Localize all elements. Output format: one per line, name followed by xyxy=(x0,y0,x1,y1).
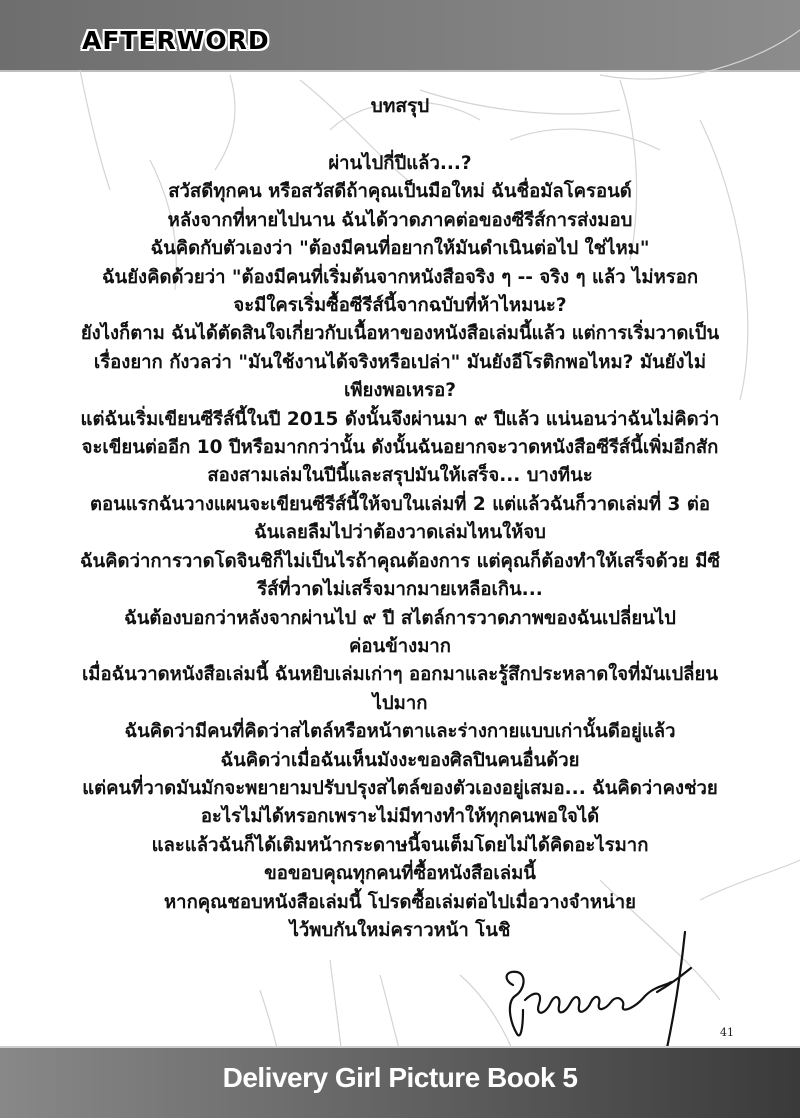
header-bar: AFTERWORD xyxy=(0,0,800,72)
book-title: Delivery Girl Picture Book 5 xyxy=(0,1062,800,1094)
text-line: ฉันเลยลืมไปว่าต้องวาดเล่มไหนให้จบ xyxy=(40,519,760,547)
signature-icon xyxy=(495,930,735,1050)
text-line: หากคุณชอบหนังสือเล่มนี้ โปรดซื้อเล่มต่อไ… xyxy=(40,889,760,917)
text-line: แต่ฉันเริ่มเขียนซีรีส์นี้ในปี 2015 ดังนั… xyxy=(40,406,760,434)
text-line: เพียงพอเหรอ? xyxy=(40,377,760,405)
text-line: ค่อนข้างมาก xyxy=(40,633,760,661)
text-line: รีส์ที่วาดไม่เสร็จมากมายเหลือเกิน... xyxy=(40,576,760,604)
text-line: ฉันคิดว่าเมื่อฉันเห็นมังงะของศิลปินคนอื่… xyxy=(40,747,760,775)
text-line: จะมีใครเริ่มซื้อซีรีส์นี้จากฉบับที่ห้าไห… xyxy=(40,292,760,320)
text-line: สองสามเล่มในปีนี้และสรุปมันให้เสร็จ... บ… xyxy=(40,462,760,490)
text-line: ขอขอบคุณทุกคนที่ซื้อหนังสือเล่มนี้ xyxy=(40,860,760,888)
text-line: จะเขียนต่ออีก 10 ปีหรือมากกว่านั้น ดังนั… xyxy=(40,434,760,462)
text-line: ตอนแรกฉันวางแผนจะเขียนซีรีส์นี้ให้จบในเล… xyxy=(40,491,760,519)
text-line: ฉันคิดว่ามีคนที่คิดว่าสไตล์หรือหน้าตาและ… xyxy=(40,718,760,746)
text-line: ฉันคิดว่าการวาดโดจินชิก็ไม่เป็นไรถ้าคุณต… xyxy=(40,548,760,576)
text-line: ฉันต้องบอกว่าหลังจากผ่านไป ๙ ปี สไตล์การ… xyxy=(40,605,760,633)
text-line: สวัสดีทุกคน หรือสวัสดีถ้าคุณเป็นมือใหม่ … xyxy=(40,178,760,206)
text-line: เรื่องยาก กังวลว่า "มันใช้งานได้จริงหรือ… xyxy=(40,349,760,377)
text-line: อะไรไม่ได้หรอกเพราะไม่มีทางทำให้ทุกคนพอใ… xyxy=(40,803,760,831)
afterword-body: บทสรุป ผ่านไปกี่ปีแล้ว...? สวัสดีทุกคน ห… xyxy=(40,92,760,945)
footer-bar: Delivery Girl Picture Book 5 xyxy=(0,1046,800,1118)
text-line: เมื่อฉันวาดหนังสือเล่มนี้ ฉันหยิบเล่มเก่… xyxy=(40,661,760,689)
text-line: และแล้วฉันก็ได้เติมหน้ากระดาษนี้จนเต็มโด… xyxy=(40,832,760,860)
text-line: ไปมาก xyxy=(40,690,760,718)
page-title: AFTERWORD xyxy=(82,26,270,55)
text-line: ฉันยังคิดด้วยว่า "ต้องมีคนที่เริ่มต้นจาก… xyxy=(40,264,760,292)
afterword-subtitle: บทสรุป xyxy=(40,92,760,120)
text-line: ยังไงก็ตาม ฉันได้ตัดสินใจเกี่ยวกับเนื้อห… xyxy=(40,320,760,348)
text-line: แต่คนที่วาดมันมักจะพยายามปรับปรุงสไตล์ขอ… xyxy=(40,775,760,803)
text-line: หลังจากที่หายไปนาน ฉันได้วาดภาคต่อของซีร… xyxy=(40,207,760,235)
text-line: ฉันคิดกับตัวเองว่า "ต้องมีคนที่อยากให้มั… xyxy=(40,235,760,263)
page-number: 41 xyxy=(720,1026,734,1039)
text-line: ผ่านไปกี่ปีแล้ว...? xyxy=(40,150,760,178)
